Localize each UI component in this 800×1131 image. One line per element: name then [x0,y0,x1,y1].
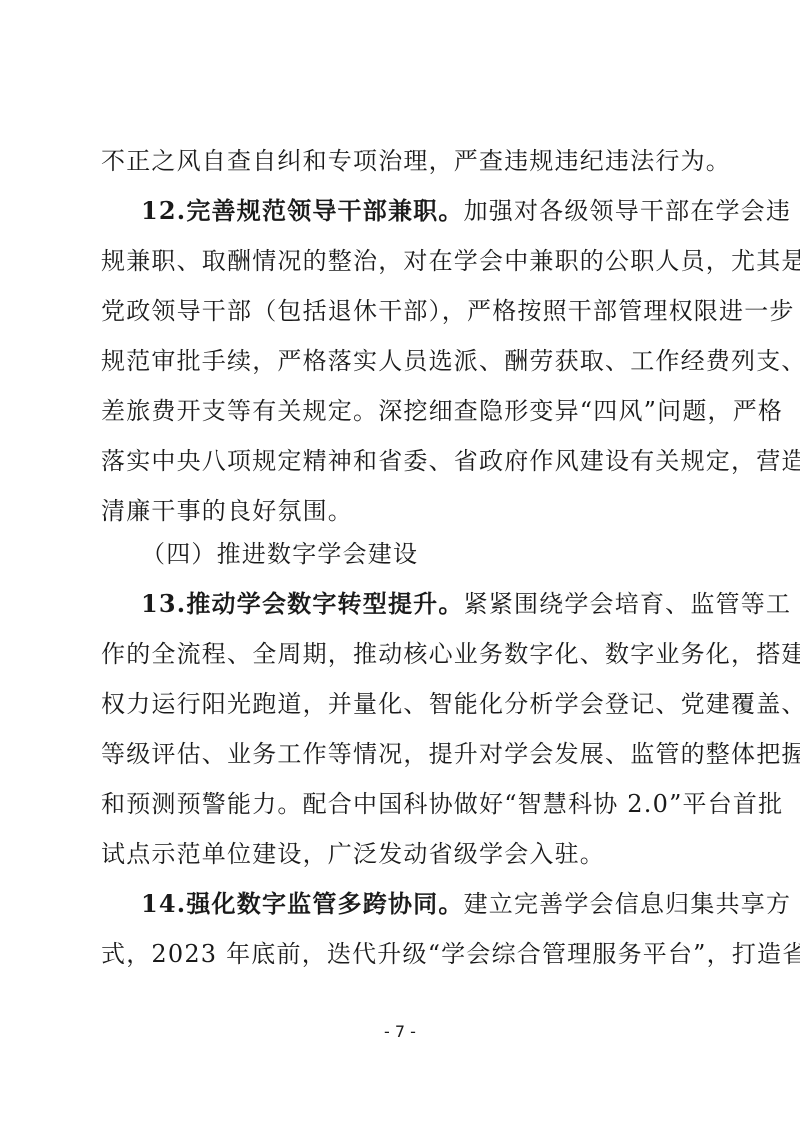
item-13-title: 13.推动学会数字转型提升。 [141,589,464,618]
paragraph-text: 建立完善学会信息归集共享方 [464,890,792,918]
section-heading: （四）推进数字学会建设 [141,540,741,568]
paragraph-line: 规兼职、取酬情况的整治，对在学会中兼职的公职人员，尤其是 [101,247,701,275]
paragraph-line: 等级评估、业务工作等情况，提升对学会发展、监管的整体把握 [101,740,701,768]
item-13-heading-line: 13.推动学会数字转型提升。紧紧围绕学会培育、监管等工 [141,590,741,618]
paragraph-line: 落实中央八项规定精神和省委、省政府作风建设有关规定，营造 [101,447,701,475]
item-12-title: 12.完善规范领导干部兼职。 [141,196,464,225]
page-number: - 7 - [0,1022,800,1041]
paragraph-line: 党政领导干部（包括退休干部），严格按照干部管理权限进一步 [101,297,701,325]
paragraph-line: 试点示范单位建设，广泛发动省级学会入驻。 [101,840,701,868]
paragraph-line: 和预测预警能力。配合中国科协做好“智慧科协 2.0”平台首批 [101,790,701,818]
paragraph-line: 清廉干事的良好氛围。 [101,497,701,525]
document-page: 不正之风自查自纠和专项治理，严查违规违纪违法行为。 12.完善规范领导干部兼职。… [0,0,800,1131]
paragraph-line: 不正之风自查自纠和专项治理，严查违规违纪违法行为。 [101,147,701,175]
paragraph-line: 差旅费开支等有关规定。深挖细查隐形变异“四风”问题，严格 [101,397,701,425]
paragraph-line: 规范审批手续，严格落实人员选派、酬劳获取、工作经费列支、 [101,347,701,375]
paragraph-text: 紧紧围绕学会培育、监管等工 [464,590,792,618]
paragraph-text: 加强对各级领导干部在学会违 [464,197,792,225]
item-14-heading-line: 14.强化数字监管多跨协同。建立完善学会信息归集共享方 [141,890,741,918]
paragraph-line: 作的全流程、全周期，推动核心业务数字化、数字业务化，搭建 [101,640,701,668]
paragraph-line: 权力运行阳光跑道，并量化、智能化分析学会登记、党建覆盖、 [101,690,701,718]
paragraph-line: 式，2023 年底前，迭代升级“学会综合管理服务平台”，打造省 [101,940,701,968]
item-12-heading-line: 12.完善规范领导干部兼职。加强对各级领导干部在学会违 [141,197,741,225]
item-14-title: 14.强化数字监管多跨协同。 [141,889,464,918]
